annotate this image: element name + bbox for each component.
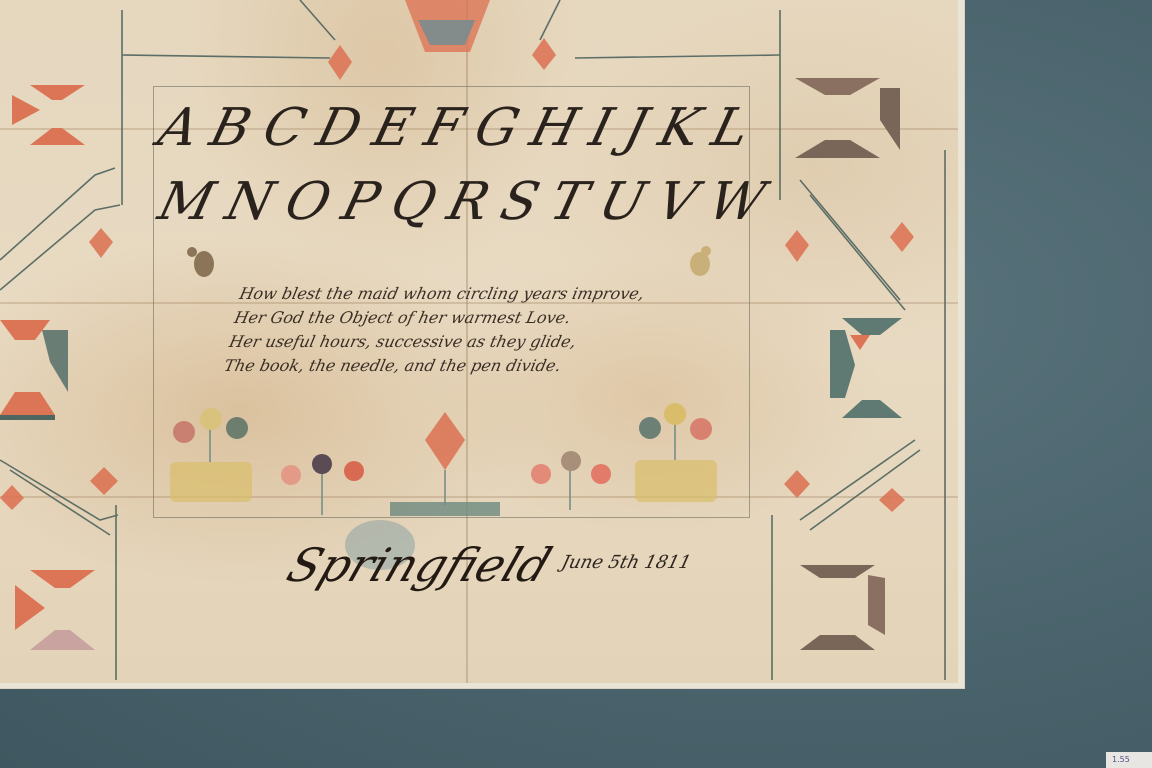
verse-line: Her useful hours, successive as they gli…: [227, 330, 732, 354]
alphabet-row-1: ABCDEFGHIJKL: [153, 98, 748, 158]
museum-label-card: 1.55: [1106, 752, 1152, 768]
date-inscription: June 5th 1811: [559, 552, 693, 573]
verse-block: How blest the maid whom circling years i…: [222, 282, 742, 378]
place-signature: Springfield: [280, 538, 558, 592]
verse-line: Her God the Object of her warmest Love.: [232, 306, 737, 330]
verse-line: How blest the maid whom circling years i…: [237, 282, 742, 306]
alphabet-row-2: MNOPQRSTUVW: [153, 172, 748, 232]
verse-line: The book, the needle, and the pen divide…: [222, 354, 727, 378]
